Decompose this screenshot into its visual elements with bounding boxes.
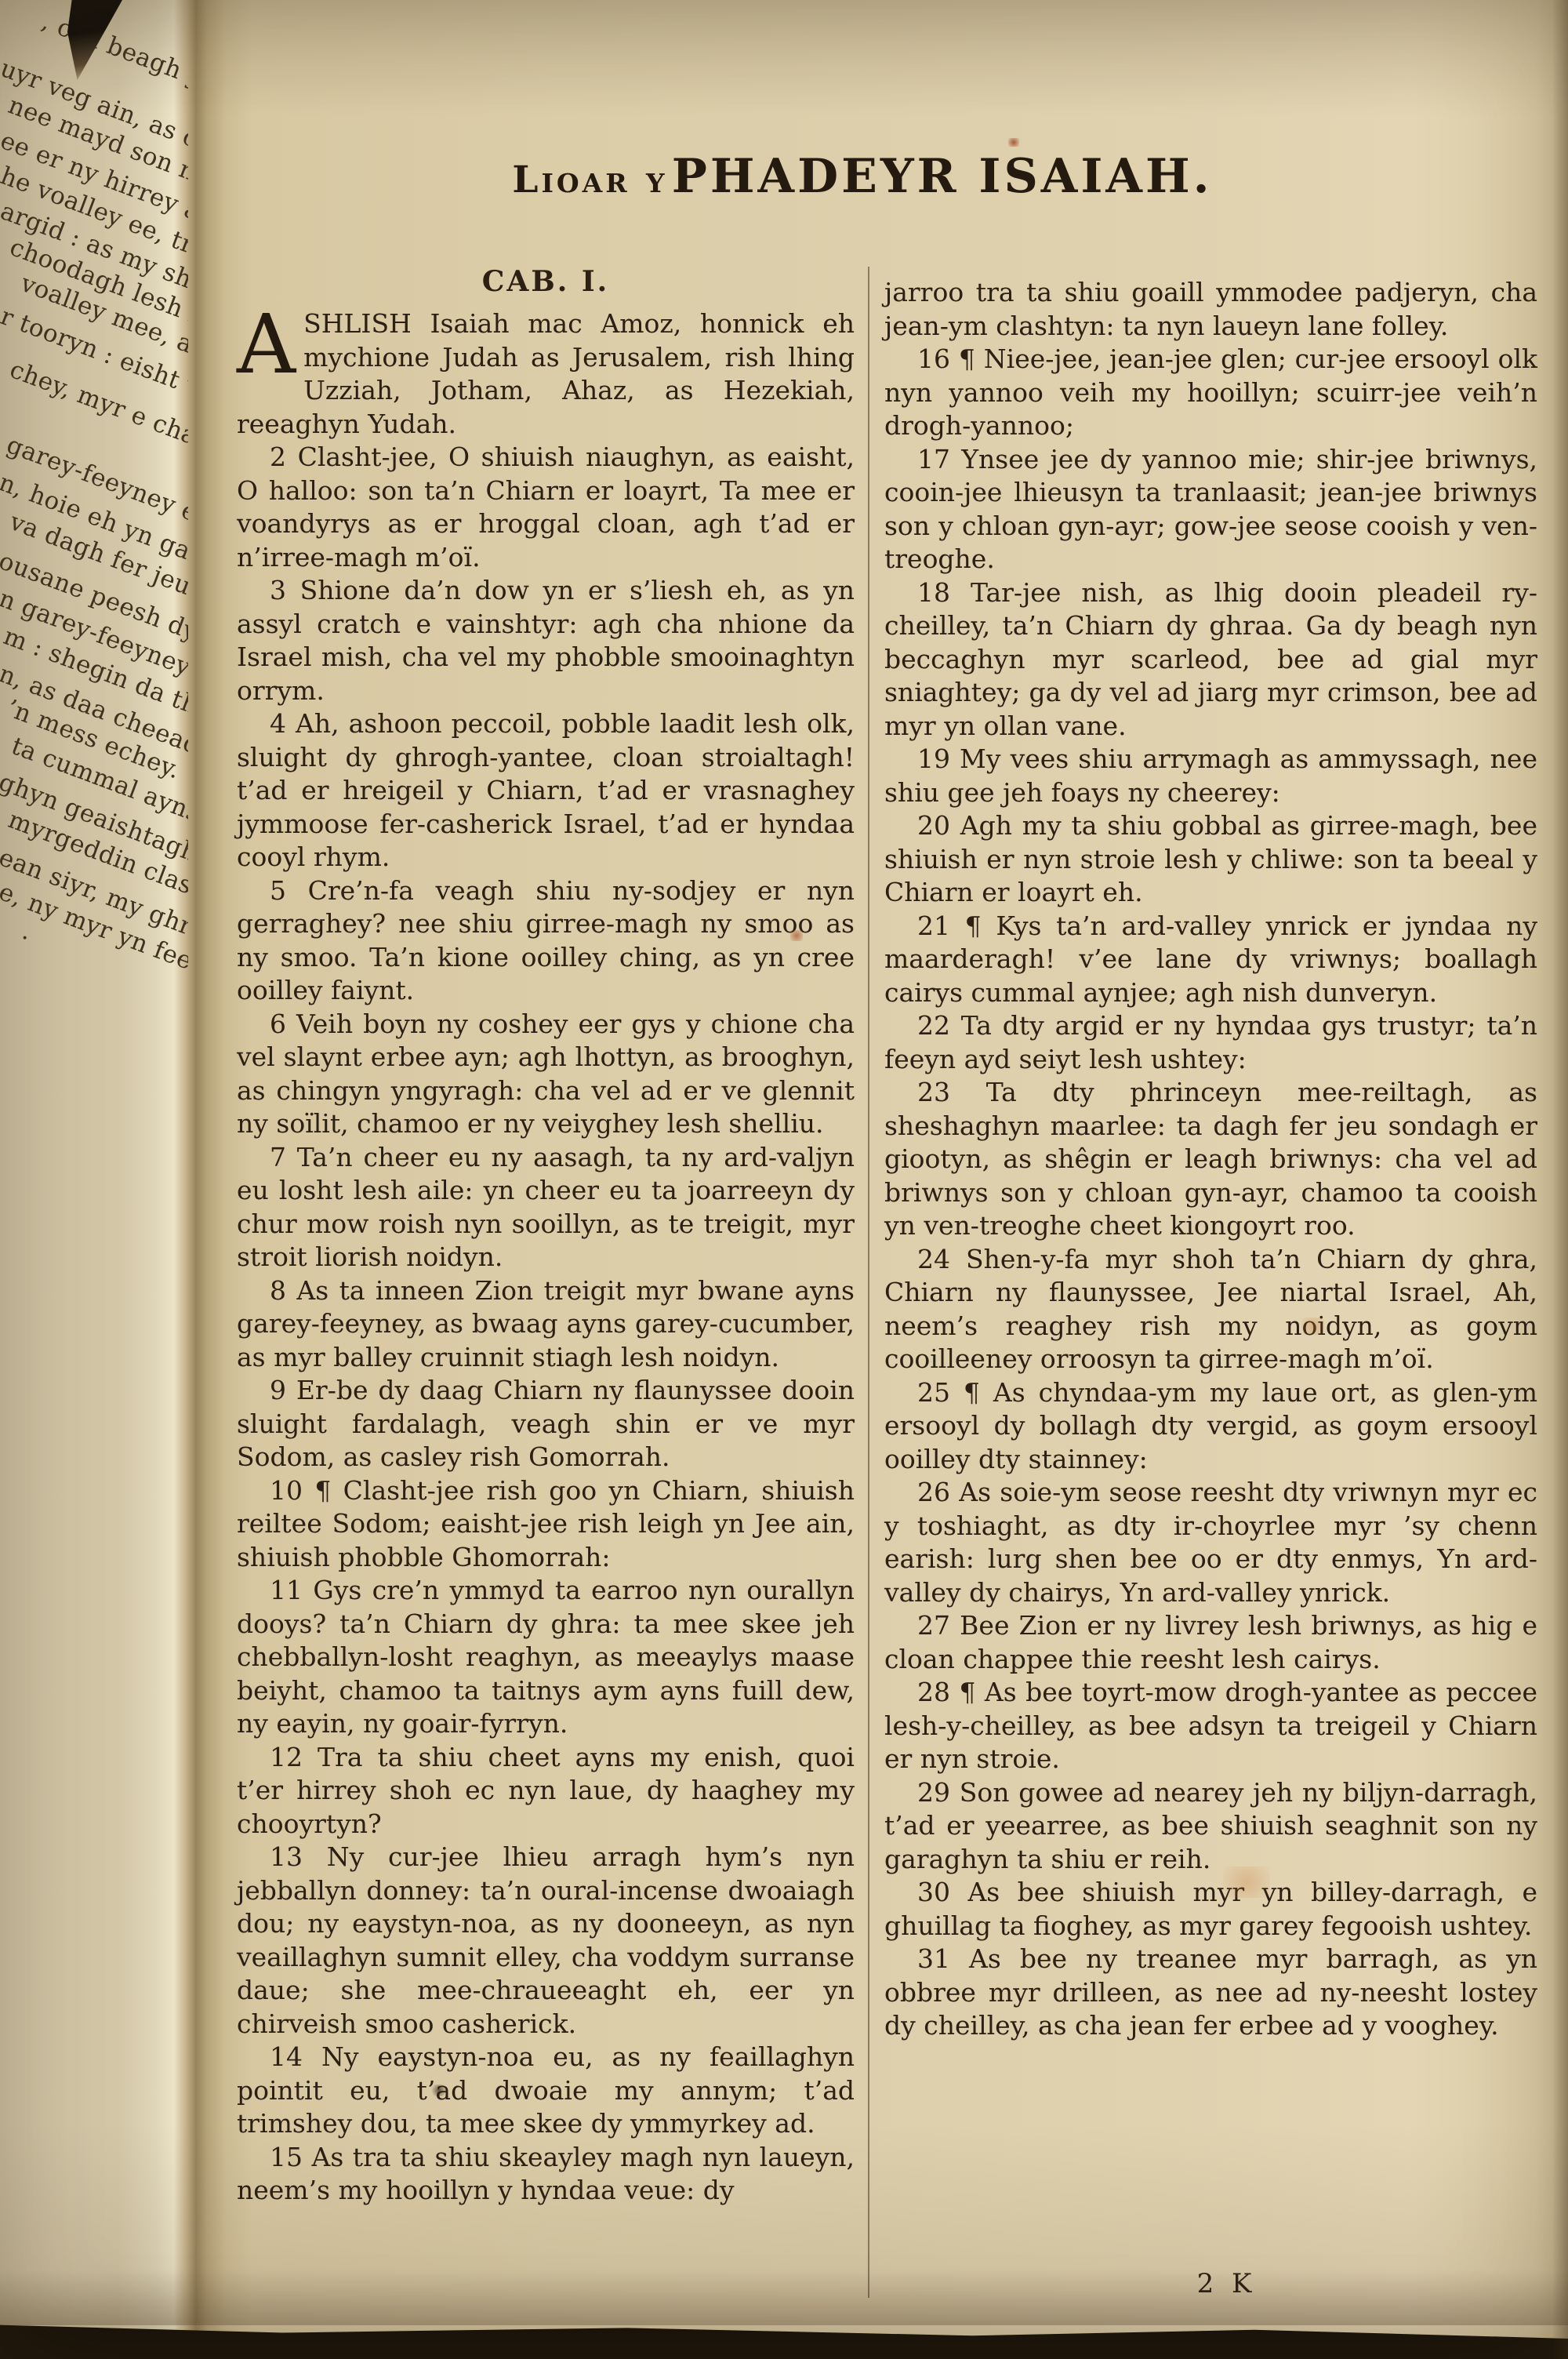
- verse-paragraph: 15 As tra ta shiu skeayley magh nyn laue…: [237, 2141, 855, 2208]
- verse-paragraph: 9 Er-be dy daag Chiarn ny flaunyssee doo…: [237, 1374, 855, 1474]
- book-page-photo: , cha beagh yn souyr veg ain, as cha vel…: [0, 0, 1568, 2359]
- verse-paragraph: 13 Ny cur-jee lhieu arragh hym’s nyn jeb…: [237, 1841, 855, 2041]
- verse-paragraph: 18 Tar-jee nish, as lhig dooin pleadeil …: [884, 576, 1537, 743]
- verse-1-text: SHLISH Isaiah mac Amoz, honnick eh mychi…: [237, 308, 855, 439]
- verse-paragraph: 17 Ynsee jee dy yannoo mie; shir-jee bri…: [884, 443, 1537, 576]
- left-column-verses: 2 Clasht-jee, O shiuish niaughyn, as eai…: [237, 441, 855, 2208]
- verse-paragraph: 26 As soie-ym seose reesht dty vriwnyn m…: [884, 1476, 1537, 1609]
- verse-paragraph: 19 My vees shiu arrymagh as ammyssagh, n…: [884, 743, 1537, 809]
- verse-paragraph: 27 Bee Zion er ny livrey lesh briwnys, a…: [884, 1609, 1537, 1676]
- right-column-verses: jarroo tra ta shiu goaill ymmodee padjer…: [884, 276, 1537, 2043]
- verse-paragraph: ASHLISH Isaiah mac Amoz, honnick eh mych…: [237, 307, 855, 441]
- verse-paragraph: 11 Gys cre’n ymmyd ta earroo nyn ourally…: [237, 1574, 855, 1741]
- verse-paragraph: 7 Ta’n cheer eu ny aasagh, ta ny ard-val…: [237, 1141, 855, 1274]
- verse-paragraph: 25 ¶ As chyndaa-ym my laue ort, as glen-…: [884, 1376, 1537, 1477]
- verse-paragraph: 23 Ta dty phrinceyn mee-reiltagh, as she…: [884, 1076, 1537, 1243]
- foxing-stain: [1008, 138, 1019, 147]
- verse-paragraph: 12 Tra ta shiu cheet ayns my enish, quoi…: [237, 1741, 855, 1841]
- verse-paragraph: 3 Shione da’n dow yn er s’liesh eh, as y…: [237, 574, 855, 707]
- verse-paragraph: 5 Cre’n-fa veagh shiu ny-sodjey er nyn g…: [237, 874, 855, 1008]
- column-divider-rule: [868, 267, 869, 2298]
- verse-paragraph: 31 As bee ny treanee myr barragh, as yn …: [884, 1943, 1537, 2043]
- verse-paragraph: 2 Clasht-jee, O shiuish niaughyn, as eai…: [237, 441, 855, 574]
- drop-cap: A: [237, 307, 303, 376]
- verse-paragraph: 28 ¶ As bee toyrt-mow drogh-yantee as pe…: [884, 1676, 1537, 1776]
- facing-page-text-fragment: .: [19, 917, 36, 946]
- verse-paragraph: 21 ¶ Kys ta’n ard-valley ynrick er jynda…: [884, 910, 1537, 1010]
- verse-paragraph: 20 Agh my ta shiu gobbal as girree-magh,…: [884, 809, 1537, 910]
- verse-paragraph: 8 As ta inneen Zion treigit myr bwane ay…: [237, 1274, 855, 1375]
- verse-paragraph: 22 Ta dty argid er ny hyndaa gys trustyr…: [884, 1009, 1537, 1076]
- book-title: Lioar y PHADEYR ISAIAH.: [235, 149, 1490, 204]
- verse-paragraph: 4 Ah, ashoon peccoil, pobble laadit lesh…: [237, 707, 855, 874]
- verse-paragraph: 14 Ny eaystyn-noa eu, as ny feaillaghyn …: [237, 2041, 855, 2141]
- facing-page-strip: , cha beagh yn souyr veg ain, as cha vel…: [0, 0, 188, 1004]
- book-title-prefix: Lioar y: [512, 158, 667, 202]
- verse-paragraph: 6 Veih boyn ny coshey eer gys y chione c…: [237, 1008, 855, 1141]
- signature-mark: 2 K: [884, 2268, 1537, 2299]
- verse-paragraph: 10 ¶ Clasht-jee rish goo yn Chiarn, shiu…: [237, 1474, 855, 1575]
- left-text-column: ASHLISH Isaiah mac Amoz, honnick eh mych…: [237, 307, 855, 2208]
- right-text-column: jarroo tra ta shiu goaill ymmodee padjer…: [884, 276, 1537, 2043]
- verse-paragraph: 24 Shen-y-fa myr shoh ta’n Chiarn dy ghr…: [884, 1243, 1537, 1376]
- book-title-main: PHADEYR ISAIAH.: [672, 149, 1213, 204]
- right-page-edge-shadow: [1552, 0, 1568, 2359]
- verse-paragraph: jarroo tra ta shiu goaill ymmodee padjer…: [884, 276, 1537, 343]
- verse-paragraph: 29 Son gowee ad nearey jeh ny biljyn-dar…: [884, 1776, 1537, 1877]
- verse-paragraph: 16 ¶ Niee-jee, jean-jee glen; cur-jee er…: [884, 343, 1537, 443]
- chapter-heading: CAB. I.: [237, 265, 855, 298]
- verse-paragraph: 30 As bee shiuish myr yn billey-darragh,…: [884, 1876, 1537, 1943]
